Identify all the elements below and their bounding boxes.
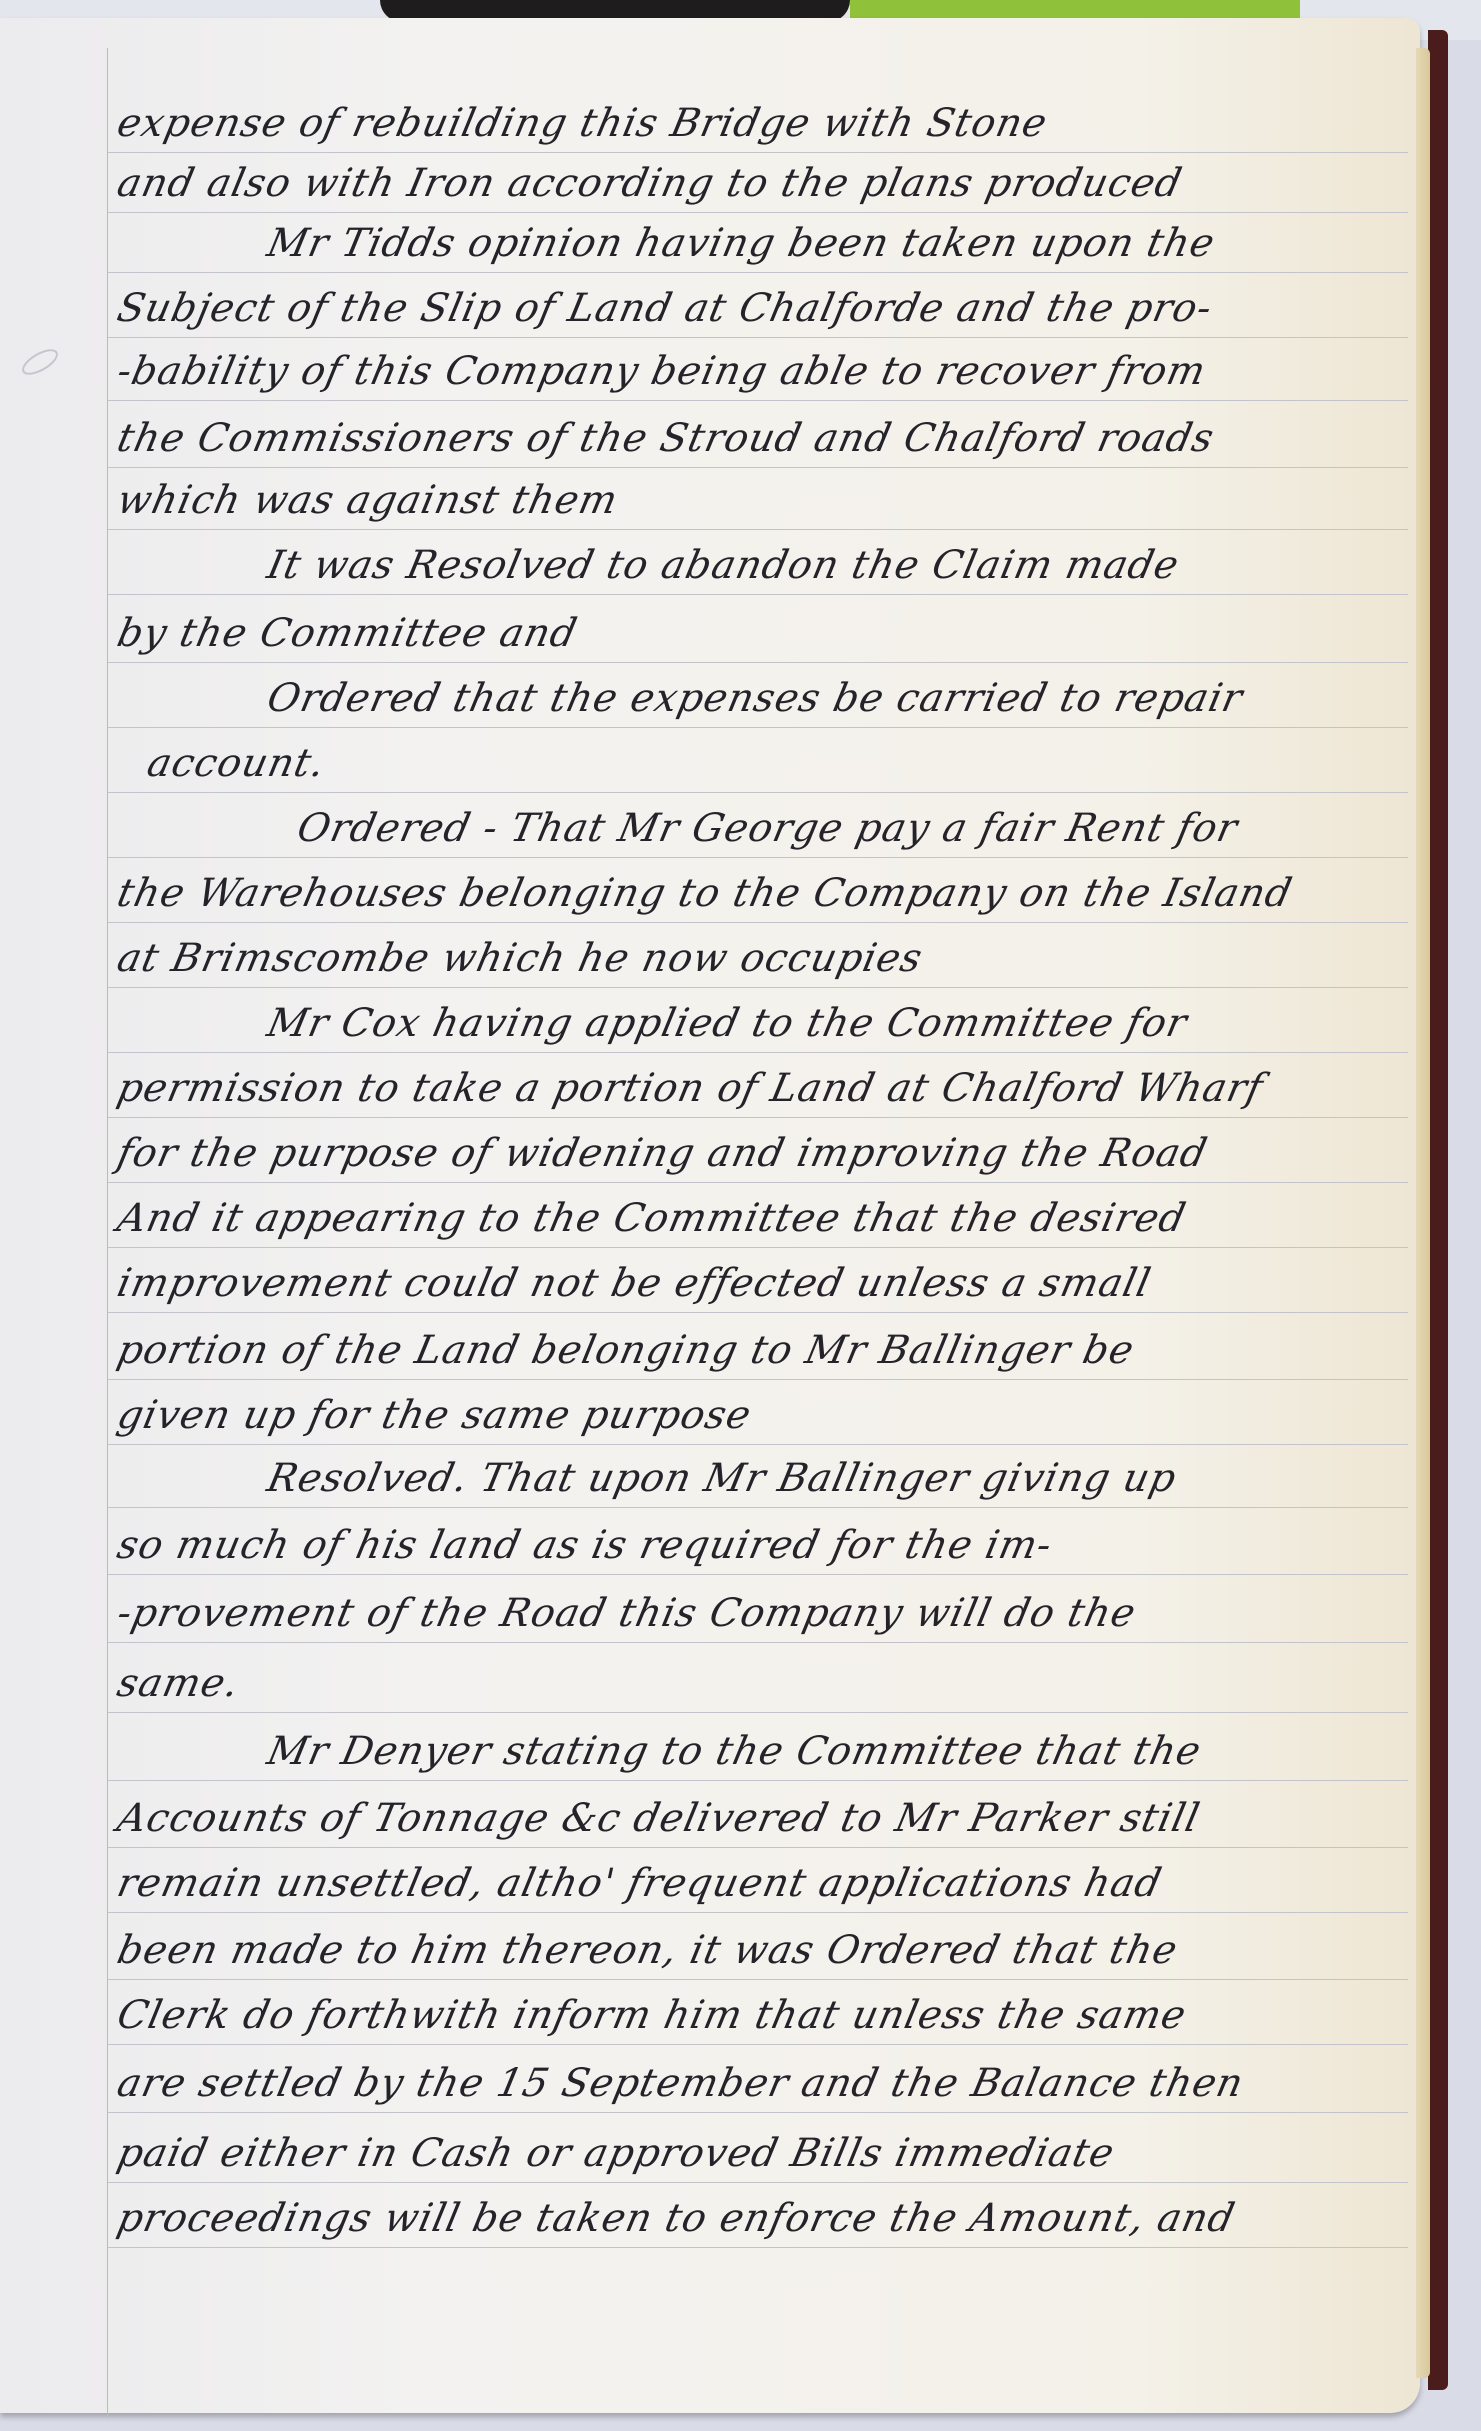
manuscript-line-text: the Commissioners of the Stroud and Chal… bbox=[113, 416, 1218, 461]
manuscript-line-text: -provement of the Road this Company will… bbox=[113, 1591, 1140, 1636]
manuscript-line-text: are settled by the 15 September and the … bbox=[113, 2061, 1248, 2106]
manuscript-line-text: the Warehouses belonging to the Company … bbox=[113, 871, 1296, 916]
manuscript-line-text: Mr Tidds opinion having been taken upon … bbox=[263, 221, 1219, 266]
manuscript-line-text: which was against them bbox=[113, 478, 622, 523]
manuscript-page: expense of rebuilding this Bridge with S… bbox=[0, 18, 1420, 2413]
manuscript-line: Mr Cox having applied to the Committee f… bbox=[108, 988, 1408, 1053]
manuscript-line-text: Accounts of Tonnage &c delivered to Mr P… bbox=[113, 1796, 1204, 1841]
manuscript-line-text: Resolved. That upon Mr Ballinger giving … bbox=[263, 1456, 1180, 1501]
manuscript-line: the Commissioners of the Stroud and Chal… bbox=[108, 403, 1408, 468]
manuscript-line: been made to him thereon, it was Ordered… bbox=[108, 1915, 1408, 1980]
manuscript-line-text: Mr Cox having applied to the Committee f… bbox=[263, 1001, 1191, 1046]
manuscript-line-text: at Brimscombe which he now occupies bbox=[113, 936, 927, 981]
manuscript-line: Clerk do forthwith inform him that unles… bbox=[108, 1980, 1408, 2045]
manuscript-line-text: given up for the same purpose bbox=[113, 1393, 755, 1438]
manuscript-line: for the purpose of widening and improvin… bbox=[108, 1118, 1408, 1183]
manuscript-line: And it appearing to the Committee that t… bbox=[108, 1183, 1408, 1248]
manuscript-line-text: permission to take a portion of Land at … bbox=[113, 1066, 1267, 1111]
manuscript-line-text: and also with Iron according to the plan… bbox=[113, 161, 1186, 206]
manuscript-line-text: for the purpose of widening and improvin… bbox=[113, 1131, 1211, 1176]
manuscript-line-text: Clerk do forthwith inform him that unles… bbox=[113, 1993, 1190, 2038]
manuscript-line: account. bbox=[108, 728, 1408, 793]
manuscript-line: Ordered - That Mr George pay a fair Rent… bbox=[108, 793, 1408, 858]
manuscript-line: are settled by the 15 September and the … bbox=[108, 2048, 1408, 2113]
manuscript-line: remain unsettled, altho' frequent applic… bbox=[108, 1848, 1408, 1913]
manuscript-line: by the Committee and bbox=[108, 598, 1408, 663]
manuscript-line: paid either in Cash or approved Bills im… bbox=[108, 2118, 1408, 2183]
manuscript-line: Ordered that the expenses be carried to … bbox=[108, 663, 1408, 728]
manuscript-line: Accounts of Tonnage &c delivered to Mr P… bbox=[108, 1783, 1408, 1848]
manuscript-line-text: been made to him thereon, it was Ordered… bbox=[113, 1928, 1182, 1973]
manuscript-line-text: expense of rebuilding this Bridge with S… bbox=[113, 101, 1051, 146]
manuscript-line: proceedings will be taken to enforce the… bbox=[108, 2183, 1408, 2248]
manuscript-line: -bability of this Company being able to … bbox=[108, 336, 1408, 401]
manuscript-line: Subject of the Slip of Land at Chalforde… bbox=[108, 273, 1408, 338]
manuscript-line-text: account. bbox=[143, 741, 329, 786]
manuscript-line: expense of rebuilding this Bridge with S… bbox=[108, 88, 1408, 153]
manuscript-line: portion of the Land belonging to Mr Ball… bbox=[108, 1315, 1408, 1380]
manuscript-line-text: improvement could not be effected unless… bbox=[113, 1261, 1155, 1306]
page-edge bbox=[1416, 48, 1430, 2378]
manuscript-line-text: remain unsettled, altho' frequent applic… bbox=[113, 1861, 1166, 1906]
manuscript-line-text: paid either in Cash or approved Bills im… bbox=[113, 2131, 1118, 2176]
manuscript-line: -provement of the Road this Company will… bbox=[108, 1578, 1408, 1643]
manuscript-line: the Warehouses belonging to the Company … bbox=[108, 858, 1408, 923]
manuscript-line: Resolved. That upon Mr Ballinger giving … bbox=[108, 1443, 1408, 1508]
manuscript-line: permission to take a portion of Land at … bbox=[108, 1053, 1408, 1118]
manuscript-line-text: And it appearing to the Committee that t… bbox=[113, 1196, 1190, 1241]
manuscript-line: and also with Iron according to the plan… bbox=[108, 148, 1408, 213]
manuscript-line: so much of his land as is required for t… bbox=[108, 1510, 1408, 1575]
manuscript-line-text: proceedings will be taken to enforce the… bbox=[113, 2196, 1239, 2241]
manuscript-line: at Brimscombe which he now occupies bbox=[108, 923, 1408, 988]
manuscript-line-text: by the Committee and bbox=[113, 611, 581, 656]
manuscript-line: which was against them bbox=[108, 465, 1408, 530]
manuscript-line-text: same. bbox=[113, 1661, 243, 1706]
manuscript-line-text: -bability of this Company being able to … bbox=[113, 349, 1210, 394]
manuscript-line-text: Ordered that the expenses be carried to … bbox=[263, 676, 1247, 721]
manuscript-line: It was Resolved to abandon the Claim mad… bbox=[108, 530, 1408, 595]
manuscript-line: given up for the same purpose bbox=[108, 1380, 1408, 1445]
manuscript-line: Mr Tidds opinion having been taken upon … bbox=[108, 208, 1408, 273]
manuscript-line: same. bbox=[108, 1648, 1408, 1713]
manuscript-line: Mr Denyer stating to the Committee that … bbox=[108, 1716, 1408, 1781]
manuscript-line-text: Ordered - That Mr George pay a fair Rent… bbox=[293, 806, 1242, 851]
manuscript-line: improvement could not be effected unless… bbox=[108, 1248, 1408, 1313]
manuscript-line-text: Mr Denyer stating to the Committee that … bbox=[263, 1729, 1205, 1774]
margin-pencil-mark bbox=[18, 344, 62, 380]
manuscript-line-text: Subject of the Slip of Land at Chalforde… bbox=[113, 286, 1216, 331]
manuscript-line-text: It was Resolved to abandon the Claim mad… bbox=[263, 543, 1183, 588]
book-binding bbox=[1428, 30, 1448, 2390]
manuscript-line-text: so much of his land as is required for t… bbox=[113, 1523, 1056, 1568]
manuscript-line-text: portion of the Land belonging to Mr Ball… bbox=[113, 1328, 1138, 1373]
